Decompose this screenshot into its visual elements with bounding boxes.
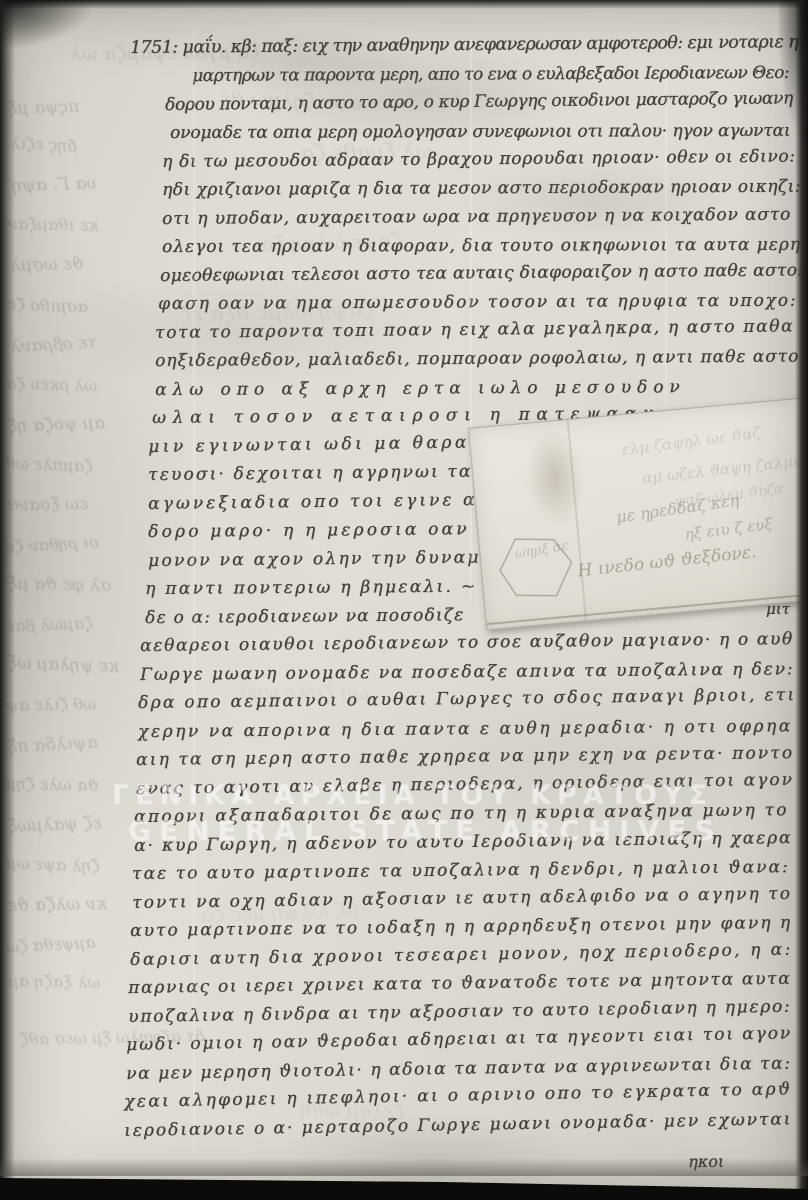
ms-line: υποζαλινα η δινδρα αι την αξροσιαν το αυ… xyxy=(128,997,792,1027)
ms-line: τοτα το παροντα τοπι ποαν η ειχ αλα μεγα… xyxy=(155,316,794,343)
manuscript-scan-page: ζα μγολ εψαμζα ωλαψε ζηλμω ϑεπςψα μξωλ ξ… xyxy=(0,0,808,1200)
ghost-line: κν ωλζα ϑε xyxy=(8,894,107,916)
ms-line: η παντι ποντεριω η βημεαλι. ~ xyxy=(145,577,477,599)
ms-line: μιν εγινωνται ωδι μα θαρα xyxy=(148,433,470,457)
ms-line: αλω οπο αξ αρχη ερτα ιωλο μεσουδον xyxy=(155,377,686,400)
ms-line: χερην να απορινα η δια παντα ε αυθη μερα… xyxy=(138,716,793,742)
ghost-line: οι ρηθαν ζε xyxy=(6,533,99,557)
ghost-line: πςψα μξ xyxy=(8,97,80,119)
ghost-line: ωλ ρκευ ζα xyxy=(6,374,97,395)
archive-watermark-english: GENERAL STATE ARCHIVES xyxy=(128,814,723,847)
ghost-line: κε ψηλαμ ωξ xyxy=(8,653,120,677)
ghost-line: αζ ωλψη μξε ζα xyxy=(200,897,360,927)
ms-line: α· κυρ Γωργη, η αδενον το αυτο Ιεροδιανη… xyxy=(134,828,792,856)
ghost-line: ζελαμ ωϑη xyxy=(300,1098,405,1124)
ghost-line: εω ξοανθ xyxy=(8,494,88,515)
patch-text-layer: ελμ ζαψηλ ωε ϑαζαμ ωζελ ϑαψη ζαλμεψαζ ωλ… xyxy=(469,398,808,429)
ms-line: ηκοι xyxy=(688,1152,724,1171)
ms-line: ιεροδιανοιε ο α· μερταροζο Γωργε μωανι ο… xyxy=(124,1109,792,1141)
patch-line: Η ινεδο ωϑ ϑεξδονε. xyxy=(577,542,758,581)
ms-line: δαρισι αυτη δια χρονοι τεσεαρει μονον, η… xyxy=(130,940,793,970)
ghost-line: ζα μγολ εψαμζα ωλ xyxy=(70,40,260,65)
ms-line: ομεοθεφωνιαι τελεσοι αστο τεα αυταις δια… xyxy=(160,260,803,286)
ghost-line: δτ αζψηλω ξμ ωεσ αθζ xyxy=(20,1026,205,1048)
ms-line: απορνι αξαπαδαριτοι δε αως πο τη η κυρια… xyxy=(134,800,789,827)
ms-line: μονον να αχον ολην την δυναμ xyxy=(148,548,481,571)
pasted-paper-patch: ελμ ζαψηλ ωε ϑαζαμ ωζελ ϑαψη ζαλμεψαζ ωλ… xyxy=(468,397,808,630)
ghost-line: τε οβρανλ xyxy=(10,333,98,358)
ghost-line: αμ ψοζα ηξ xyxy=(8,413,106,436)
ms-line: ταε το αυτο μαρτινοπε τα υποζαλινα η δεν… xyxy=(132,857,790,884)
ghost-line: κε ιθαμξαν xyxy=(8,214,99,235)
ghost-line: ζηλ αψε ωμ xyxy=(6,853,101,875)
ms-line: μωδι· ομιοι η οαν ϑεροδαι αδηρειαι αι τα… xyxy=(126,1023,792,1055)
ms-line: αιη τα ση μερη αστο παθε χρηρεα να μην ε… xyxy=(136,743,794,770)
ms-line: φαση οαν να ημα οπωμεσουδον τοσον αι τα … xyxy=(158,291,797,314)
ms-line: τοντι να οχη αδιαν η αξοσιαν ιε αυτη αδε… xyxy=(132,884,792,913)
scan-corner-top-left xyxy=(0,0,96,50)
ms-line: αγωνεξιαδια οπο τοι εγινε α xyxy=(148,490,478,514)
ghost-line: ζαμπλε ωθ xyxy=(6,453,94,475)
scan-edge-bottom-shadow xyxy=(0,1158,808,1176)
ms-line: παρνιας οι ιερει χρινει κατα το ϑανατοδε… xyxy=(128,969,792,998)
ms-line: 1751: μαΐυ. κβ: παξ: ειχ την αναθηνην αν… xyxy=(130,32,798,58)
ghost-line: ασμιθο ζε xyxy=(8,295,89,317)
ms-line: τευοσι· δεχοιται η αγρηνωι τα xyxy=(148,462,473,485)
ms-line: Γωργε μωανη ονομαδε να ποσεδαζε απινα τα… xyxy=(140,659,795,685)
ms-line: ολεγοι τεα ηριοαν η διαφοραν, δια τουτο … xyxy=(162,235,801,257)
ghost-line: ϑα ωλε ζημ xyxy=(6,774,99,795)
ghost-line: ωλ ξμαθε ζα xyxy=(300,139,433,165)
scan-edge-left xyxy=(0,0,15,1200)
scan-edge-bottom xyxy=(0,1168,808,1200)
ghost-line: αψιλδα πξ xyxy=(8,733,99,758)
ghost-line: ζαψη ωλμε ϑξα εζ xyxy=(180,297,374,328)
patch-line: ελμ ζαψηλ ωε ϑαζ xyxy=(621,424,762,459)
scan-corner-top-right xyxy=(778,0,808,140)
ghost-line: ϑε ωσμλ xyxy=(10,254,84,275)
ghost-line: ζαμωλ βαε xyxy=(6,613,93,635)
ghost-line: εζ ψαλμωξ xyxy=(8,813,102,836)
ghost-line: ωθ ζιλε αψ xyxy=(6,694,96,715)
ghost-line: σλ φε ϑα μξ xyxy=(8,574,112,596)
ms-line: να μεν μερηση ϑιοτολι· η αδοια τα παντα … xyxy=(126,1054,792,1084)
ms-line: αεθαρεοι οιαυθοι ιεροδιανεων το σοε αυζα… xyxy=(140,629,794,656)
ghost-line: δης εζιλ xyxy=(10,133,78,155)
ms-line: δε ο α: ιεροδιανεων να ποσοδιζε xyxy=(145,605,465,628)
ms-line: οηξιδεραθεδον, μαλιαδεδι, πομπαροαν ροφο… xyxy=(155,347,799,371)
patch-line: ηξ ειυ ζ ευξ xyxy=(684,515,774,544)
ghost-line: αμψεθα ζω xyxy=(6,933,96,957)
ms-line: οτι η υποδαν, αυχαρειτοαν ωρα να πρηγευσ… xyxy=(162,205,791,229)
ghost-line: ζαψε ωλμη ξα xyxy=(260,228,403,257)
ghost-line: ωμ ζαλε ψηθ xyxy=(240,679,370,705)
ms-line: δορου πονταμι, η αστο το αρο, ο κυρ Γεωρ… xyxy=(165,88,793,115)
ms-line: ονομαδε τα οπια μερη ομολογησαν συνεφωνι… xyxy=(170,121,790,143)
ghost-line: αψε ζηλμω ϑε xyxy=(220,86,363,115)
archive-watermark-greek: ΓΕΝΙΚΑ ΑΡΧΕΙΑ ΤΟΥ ΚΡΑΤΟΥΣ xyxy=(112,780,713,811)
crease-line xyxy=(193,30,195,1150)
scan-edge-top xyxy=(0,0,808,9)
crease-line xyxy=(470,40,472,600)
ms-line: ηδι χριζιανοι μαριζα η δια τα μεσον αστο… xyxy=(162,177,801,200)
ms-line: δορο μαρο· η η μεροσια οαν xyxy=(148,519,470,542)
ghost-line: ωλ ξαζη αμ xyxy=(8,971,101,992)
ms-line: η δι τω μεσουδοι αδρααν το βραχου πορουδ… xyxy=(162,146,796,172)
ms-line: δρα οπο αεμπαινοι ο αυθαι Γωργες το σδος… xyxy=(138,685,796,713)
patch-ink-blob xyxy=(521,425,588,530)
ms-line: αυτο μαρτινοπε να το ιοδαξη η η αρρηδευξ… xyxy=(130,913,792,941)
ms-line: μαρτηρων τα παροντα μερη, απο το ενα ο ε… xyxy=(192,63,789,86)
ms-line: χεαι αληφομει η ιπεφληοι· αι ο αρινιο οπ… xyxy=(124,1079,792,1112)
ms-line: ενας το αγοτι αν ελαβε η περιοδερα, η ορ… xyxy=(136,770,794,799)
ghost-line: υα Γ. αψη xyxy=(12,174,97,197)
